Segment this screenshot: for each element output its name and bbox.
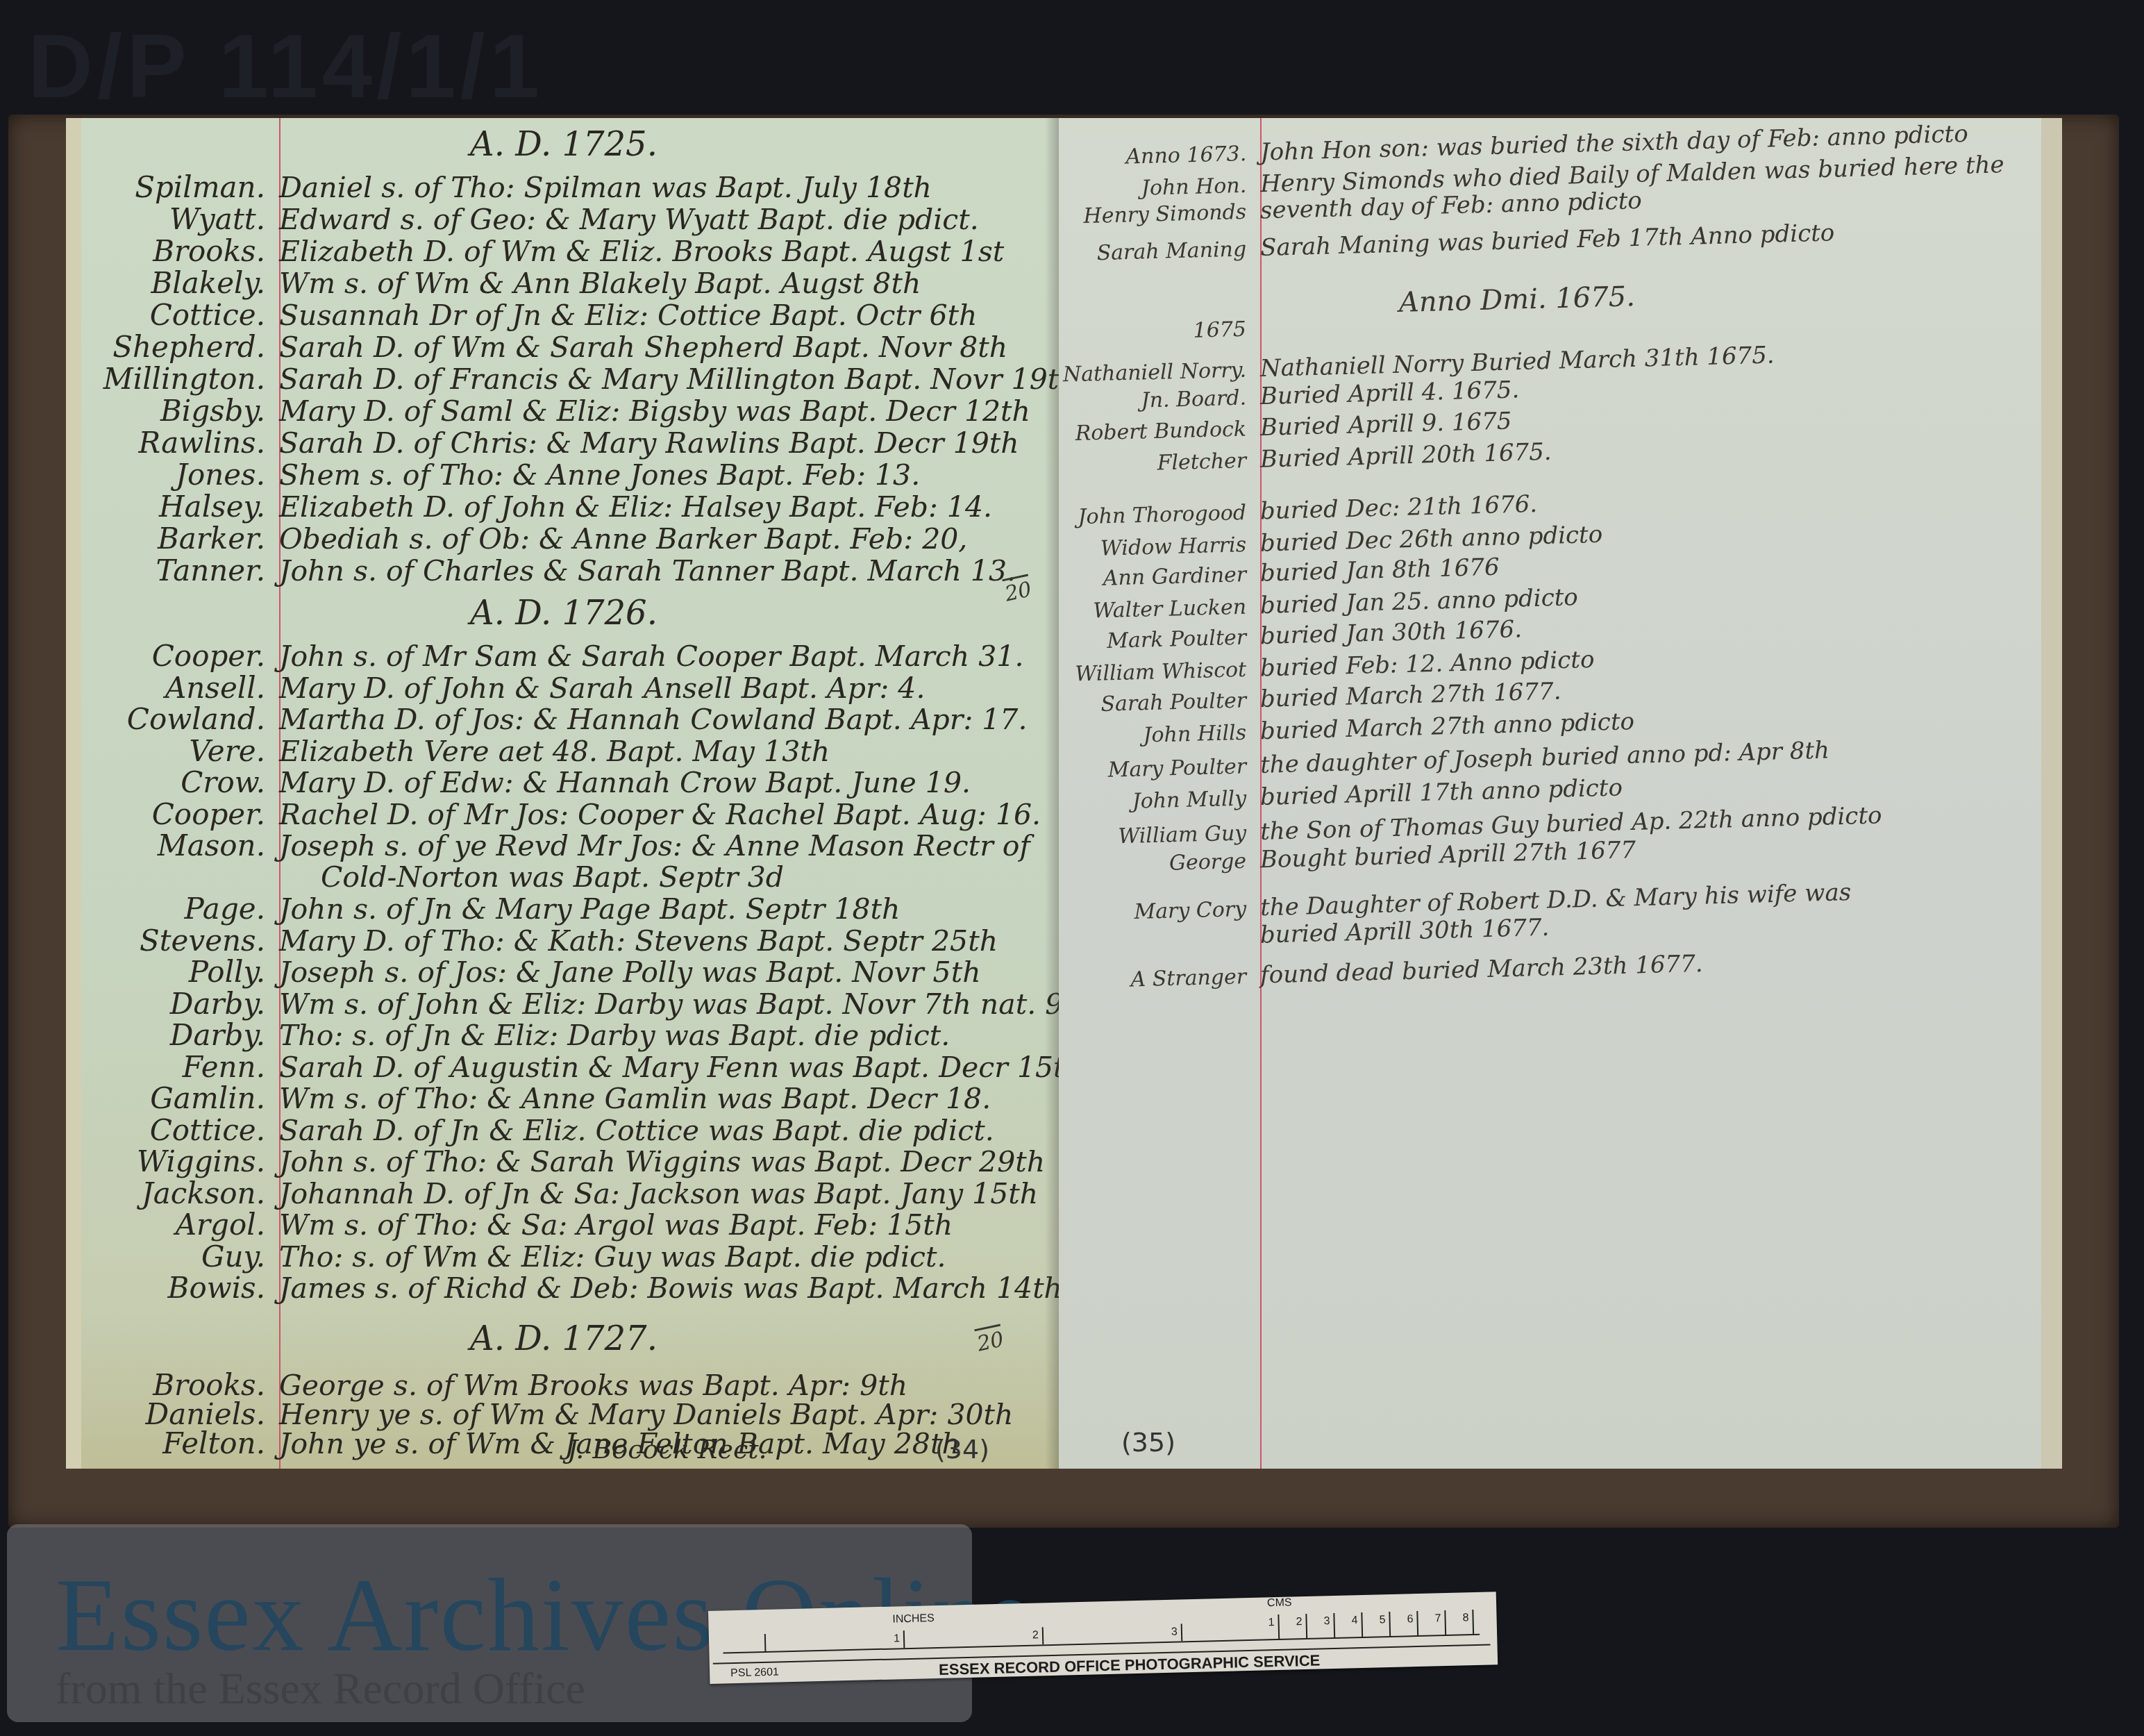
entry-name: Walter Lucken [1059,595,1247,624]
entry-text: Obediah s. of Ob: & Anne Barker Bapt. Fe… [279,522,967,556]
inch-tick [764,1634,767,1651]
entry-text: Tho: s. of Jn & Eliz: Darby was Bapt. di… [279,1019,950,1052]
entry-text: James s. of Richd & Deb: Bowis was Bapt.… [279,1271,1062,1305]
entry-text: Elizabeth D. of John & Eliz: Halsey Bapt… [279,490,992,524]
cm-tick [1389,1612,1391,1636]
entry-name: Mary Poulter [1059,754,1247,783]
entry-surname: Cowland. [81,702,265,736]
scale-baseline [723,1634,1480,1654]
entry-name: Henry Simonds [1059,200,1247,229]
watermark-subtitle: from the Essex Record Office [56,1663,585,1714]
entry-text: Rachel D. of Mr Jos: Cooper & Rachel Bap… [279,798,1041,831]
register-entry: Barker.Obediah s. of Ob: & Anne Barker B… [81,521,967,556]
entry-name: Widow Harris [1059,533,1247,562]
entry-text: buried Jan 30th 1676. [1259,615,1522,650]
entry-text: buried Dec: 21th 1676. [1259,490,1537,525]
entry-surname: Cottice. [81,298,265,332]
entry-text: John s. of Charles & Sarah Tanner Bapt. … [279,554,1016,587]
entry-surname: Cooper. [81,639,265,673]
cm-number: 4 [1351,1614,1357,1627]
entry-text: Mary D. of John & Sarah Ansell Bapt. Apr… [279,671,925,705]
entry-text: buried March 27th anno pdicto [1260,708,1635,745]
entry-surname: Ansell. [81,671,265,705]
entry-surname: Stevens. [81,924,265,958]
entry-surname: Vere. [81,734,265,768]
cm-tick [1305,1614,1307,1638]
entry-text: Anno Dmi. 1675. [1398,281,1635,319]
entry-surname: Argol. [81,1208,265,1242]
entry-text: buried Dec 26th anno pdicto [1260,521,1603,558]
cm-number: 3 [1323,1615,1330,1628]
register-entry: Vere.Elizabeth Vere aet 48. Bapt. May 13… [81,734,830,768]
entry-text: Martha D. of Jos: & Hannah Cowland Bapt.… [279,703,1027,736]
cm-number: 1 [1268,1617,1274,1629]
entry-text: buried Jan 8th 1676 [1259,553,1500,587]
register-entry: Tanner.John s. of Charles & Sarah Tanner… [81,553,1016,587]
register-entry: Bowis.James s. of Richd & Deb: Bowis was… [81,1271,1062,1305]
entry-surname: Felton. [81,1426,265,1460]
cm-tick [1278,1614,1280,1639]
entry-name: William Whiscot [1059,658,1247,687]
entry-text: Wm s. of Tho: & Sa: Argol was Bapt. Feb:… [279,1208,953,1242]
burial-entry: 1675 [1059,317,1261,347]
entry-name: George [1059,849,1247,878]
entry-text: Elizabeth D. of Wm & Eliz. Brooks Bapt. … [279,235,1004,268]
entry-name: John Thorogood [1059,501,1247,530]
cm-number: 5 [1379,1614,1385,1626]
entry-text: Susannah Dr of Jn & Eliz: Cottice Bapt. … [279,299,977,332]
register-entry: Mason.Joseph s. of ye Revd Mr Jos: & Ann… [81,828,1030,862]
register-entry: Wyatt.Edward s. of Geo: & Mary Wyatt Bap… [81,202,979,236]
entry-text: Mary D. of Saml & Eliz: Bigsby was Bapt.… [279,394,1030,428]
entry-text: Sarah D. of Jn & Eliz. Cottice was Bapt.… [279,1114,994,1147]
entry-text: Sarah Maning was buried Feb 17th Anno pd… [1260,219,1835,262]
entry-name: Ann Gardiner [1059,562,1247,592]
entry-surname: Rawlins. [81,426,265,460]
cm-number: 6 [1407,1613,1413,1626]
entry-name: William Guy [1059,821,1247,850]
right-page: Anno 1673.John Hon son: was buried the s… [1059,118,2062,1469]
entry-text: Tho: s. of Wm & Eliz: Guy was Bapt. die … [279,1240,946,1274]
entry-surname: Darby. [81,987,265,1021]
entry-surname: Jackson. [81,1176,265,1210]
cm-tick [1416,1611,1418,1635]
entry-name: John Mully [1059,787,1247,816]
entry-surname: Polly. [81,955,265,989]
register-entry: Brooks.Elizabeth D. of Wm & Eliz. Brooks… [81,234,1004,268]
year-heading-1725: A. D. 1725. [470,125,658,164]
entry-text: Elizabeth Vere aet 48. Bapt. May 13th [279,735,830,768]
year-heading-1726: A. D. 1726. [470,594,658,633]
entry-surname: Brooks. [81,234,265,268]
entry-text: Sarah D. of Augustin & Mary Fenn was Bap… [279,1051,1083,1084]
entry-surname: Bowis. [81,1271,265,1305]
entry-text: Edward s. of Geo: & Mary Wyatt Bapt. die… [279,203,979,236]
register-entry: Cowland.Martha D. of Jos: & Hannah Cowla… [81,702,1027,736]
entry-name: 1675 [1059,317,1247,347]
entry-surname: Wiggins. [81,1144,265,1178]
entry-surname: Halsey. [81,490,265,524]
rector-signature: J. Bocock Rect. [567,1434,767,1464]
cms-label: CMS [1267,1596,1292,1610]
entry-text: Joseph s. of Jos: & Jane Polly was Bapt.… [279,955,981,989]
entry-surname: Guy. [81,1240,265,1274]
cm-tick [1472,1610,1474,1634]
entry-name: Fletcher [1059,449,1247,478]
entry-surname: Blakely. [81,266,265,300]
register-entry: Blakely.Wm s. of Wm & Ann Blakely Bapt. … [81,266,921,300]
inch-tick [1181,1624,1183,1641]
inches-label: INCHES [892,1612,935,1626]
cm-tick [1333,1613,1335,1637]
register-entry: Stevens.Mary D. of Tho: & Kath: Stevens … [81,924,998,958]
cm-tick [1444,1610,1446,1635]
entry-name: Sarah Maning [1059,237,1247,267]
entry-surname: Fenn. [81,1050,265,1084]
entry-text: Johannah D. of Jn & Sa: Jackson was Bapt… [279,1177,1038,1210]
register-entry: Jackson.Johannah D. of Jn & Sa: Jackson … [81,1176,1038,1210]
year-heading-1727: A. D. 1727. [470,1319,658,1358]
entry-text: Wm s. of Tho: & Anne Gamlin was Bapt. De… [279,1082,991,1115]
cm-number: 7 [1434,1612,1441,1625]
entry-surname: Gamlin. [81,1081,265,1115]
entry-text: Buried Aprill 9. 1675 [1259,407,1511,441]
register-entry: Halsey.Elizabeth D. of John & Eliz: Hals… [81,490,992,524]
inch-tick [1042,1627,1044,1644]
register-entry: Gamlin.Wm s. of Tho: & Anne Gamlin was B… [81,1081,991,1115]
entry-name: Nathaniell Norry. [1059,358,1247,387]
entry-text: the Daughter of Robert D.D. & Mary his w… [1260,878,1852,921]
entry-surname: Page. [81,892,265,926]
register-entry: Shepherd.Sarah D. of Wm & Sarah Shepherd… [81,330,1007,364]
entry-surname: Cottice. [81,1113,265,1147]
entry-name [1059,943,1246,948]
register-entry: Millington.Sarah D. of Francis & Mary Mi… [81,362,1078,396]
entry-text: Buried Aprill 20th 1675. [1259,438,1552,474]
entry-text: buried March 27th 1677. [1260,678,1561,713]
left-page: A. D. 1725. Spilman.Daniel s. of Tho: Sp… [66,118,1059,1469]
entry-surname: Bigsby. [81,394,265,428]
entry-name: John Hills [1059,721,1247,750]
cm-tick [1361,1612,1363,1637]
tally-count: 20 [1002,574,1034,606]
entry-surname: Shepherd. [81,330,265,364]
entry-text: John s. of Tho: & Sarah Wiggins was Bapt… [279,1145,1045,1178]
entry-text: John s. of Jn & Mary Page Bapt. Septr 18… [279,892,900,926]
inch-number: 1 [894,1633,900,1645]
register-entry: Jones.Shem s. of Tho: & Anne Jones Bapt.… [81,458,920,492]
register-entry: Cottice.Susannah Dr of Jn & Eliz: Cottic… [81,298,977,332]
entry-text: Mary D. of Tho: & Kath: Stevens Bapt. Se… [279,924,998,958]
tally-count: 20 [974,1324,1006,1356]
cm-number: 8 [1462,1612,1468,1624]
entry-text: buried Aprill 17th anno pdicto [1260,774,1623,811]
entry-name: Anno 1673. [1059,142,1247,171]
entry-text: Wm s. of Wm & Ann Blakely Bapt. Augst 8t… [279,267,921,300]
page-number: (35) [1121,1427,1175,1458]
entry-surname: Barker. [81,521,265,556]
document-reference-mark: D/P 114/1/1 [28,14,544,118]
register-entry: Rawlins.Sarah D. of Chris: & Mary Rawlin… [81,426,1019,460]
cm-number: 2 [1296,1616,1302,1628]
entry-text: Mary D. of Edw: & Hannah Crow Bapt. June… [279,766,971,799]
register-entry: Ansell.Mary D. of John & Sarah Ansell Ba… [81,671,925,705]
register-entry: Cold-Norton was Bapt. Septr 3d [81,860,784,894]
entry-text: Sarah D. of Francis & Mary Millington Ba… [279,362,1078,396]
register-entry: Darby.Tho: s. of Jn & Eliz: Darby was Ba… [81,1018,950,1052]
entry-text: Daniel s. of Tho: Spilman was Bapt. July… [279,171,932,204]
entry-surname: Cooper. [81,797,265,831]
register-entry: Wiggins.John s. of Tho: & Sarah Wiggins … [81,1144,1045,1178]
entry-name: Mark Poulter [1059,626,1247,655]
register-entry: Argol.Wm s. of Tho: & Sa: Argol was Bapt… [81,1208,953,1242]
register-entry: Cooper.Rachel D. of Mr Jos: Cooper & Rac… [81,797,1041,831]
entry-name: Sarah Poulter [1059,688,1247,717]
entry-surname: Wyatt. [81,202,265,236]
register-entry: Polly.Joseph s. of Jos: & Jane Polly was… [81,955,981,989]
page-number: (34) [935,1434,989,1464]
entry-text: Shem s. of Tho: & Anne Jones Bapt. Feb: … [279,458,920,492]
entry-surname: Darby. [81,1018,265,1052]
entry-surname: Mason. [81,828,265,862]
entry-text: Sarah D. of Wm & Sarah Shepherd Bapt. No… [279,331,1007,364]
entry-text: Buried Aprill 4. 1675. [1259,376,1519,410]
inch-number: 3 [1171,1626,1178,1638]
entry-surname: Crow. [81,765,265,799]
register-entry: Crow.Mary D. of Edw: & Hannah Crow Bapt.… [81,765,971,799]
register-entry: Cottice.Sarah D. of Jn & Eliz. Cottice w… [81,1113,994,1147]
entry-text: buried Jan 25. anno pdicto [1260,583,1579,619]
register-entry: Page.John s. of Jn & Mary Page Bapt. Sep… [81,892,900,926]
entry-text: Sarah D. of Chris: & Mary Rawlins Bapt. … [279,426,1019,460]
entry-surname: Spilman. [81,170,265,204]
entry-name: Jn. Board. [1059,386,1247,415]
entry-name: A Stranger [1059,965,1247,994]
register-entry: Fenn.Sarah D. of Augustin & Mary Fenn wa… [81,1050,1083,1084]
entry-name: Robert Bundock [1059,417,1247,446]
register-entry: Guy.Tho: s. of Wm & Eliz: Guy was Bapt. … [81,1240,946,1274]
register-entry: Bigsby.Mary D. of Saml & Eliz: Bigsby wa… [81,394,1030,428]
ruler-code: PSL 2601 [730,1667,779,1680]
entry-text: Joseph s. of ye Revd Mr Jos: & Anne Maso… [279,829,1030,862]
burial-entry: A Strangerfound dead buried March 23th 1… [1059,950,1703,994]
entry-text: found dead buried March 23th 1677. [1260,950,1704,990]
inch-number: 2 [1032,1629,1039,1642]
entry-text: buried Feb: 12. Anno pdicto [1260,646,1595,683]
entry-text: John s. of Mr Sam & Sarah Cooper Bapt. M… [279,640,1023,673]
entry-surname: Jones. [81,458,265,492]
inch-tick [903,1630,905,1648]
entry-surname: Millington. [81,362,265,396]
register-entry: Felton.John ye s. of Wm & Jane Felton Ba… [81,1426,960,1460]
register-entry: Spilman.Daniel s. of Tho: Spilman was Ba… [81,170,932,204]
entry-text: Cold-Norton was Bapt. Septr 3d [321,860,784,894]
entry-surname: Tanner. [81,553,265,587]
register-entry: Cooper.John s. of Mr Sam & Sarah Cooper … [81,639,1023,673]
